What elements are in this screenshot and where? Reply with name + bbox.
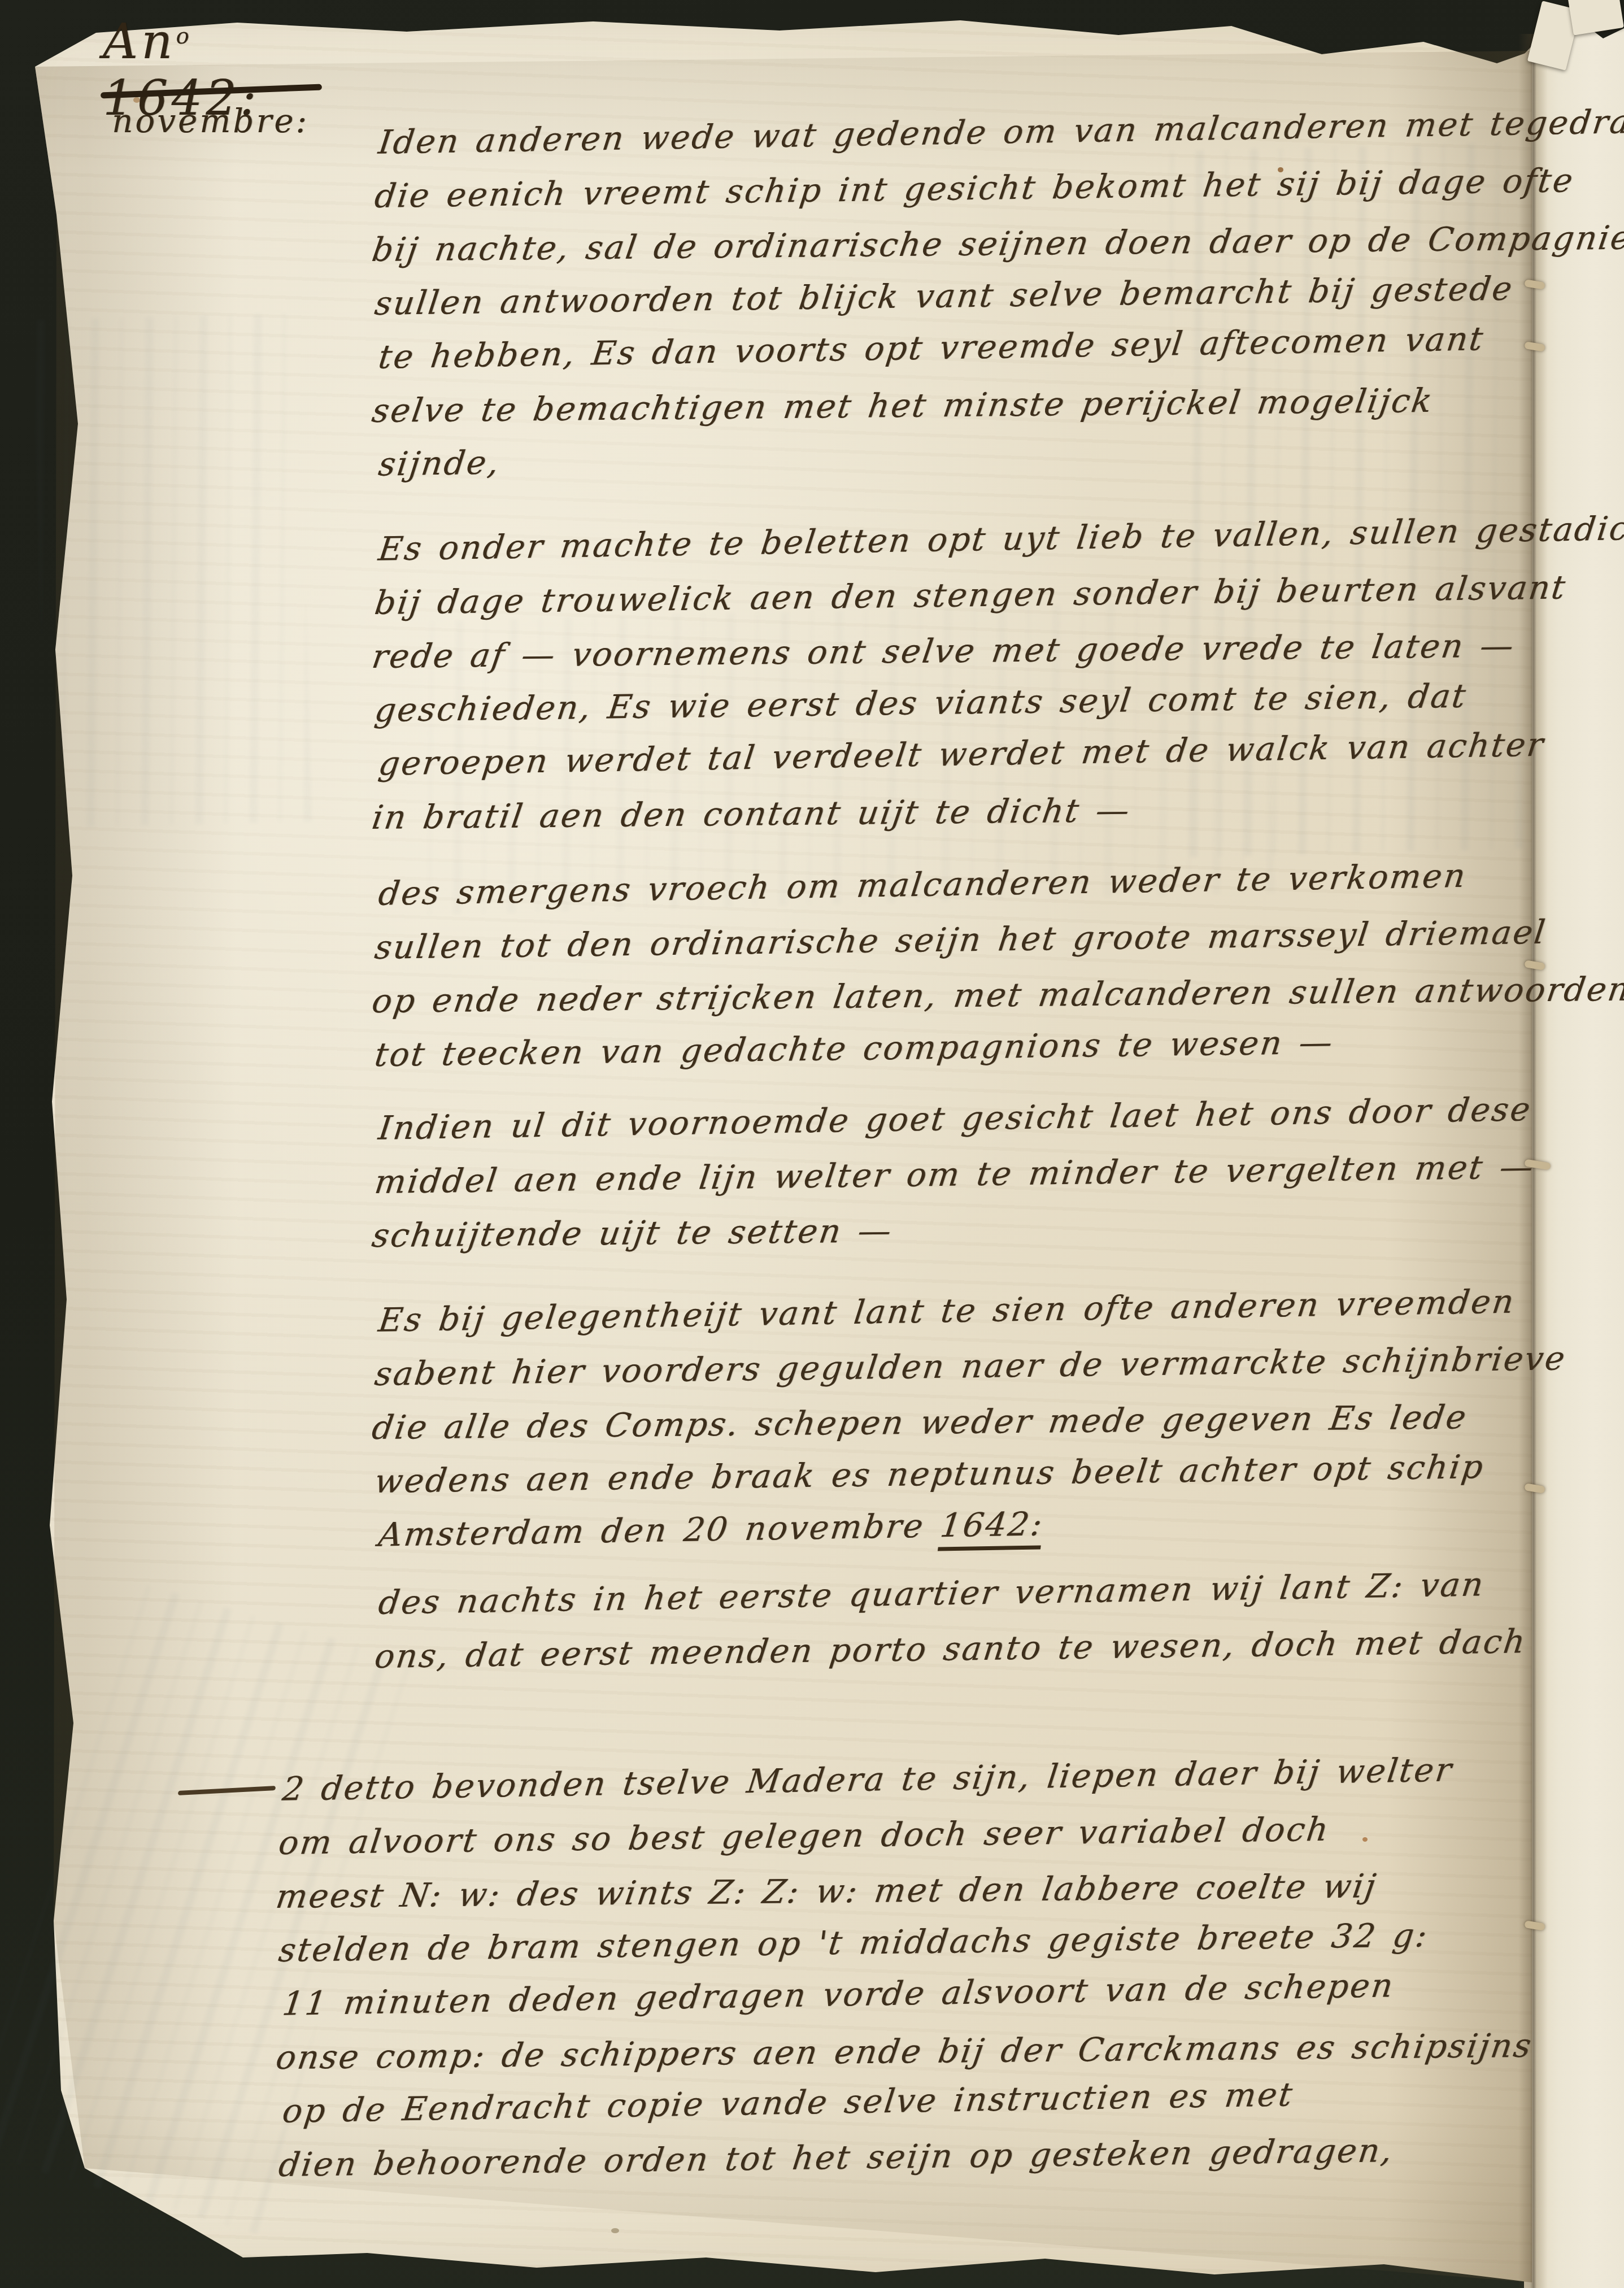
torn-paper-tab [1568,0,1624,36]
paragraph: Indien ul dit voornoemde goet gesicht la… [373,1102,1542,1263]
month-heading: novembre: [112,102,309,140]
paragraph: Es bij gelegentheijt vant lant te sien o… [373,1294,1542,1508]
text-line: schuijtende uijt te setten — [368,1198,1545,1263]
anno-superscript-o: o [176,24,193,49]
text-line: in bratil aen den contant uijt te dicht … [368,780,1545,845]
paragraph: Es onder machte te beletten opt uyt lieb… [373,523,1542,845]
paragraph: Iden anderen wede wat gedende om van mal… [373,116,1542,491]
manuscript-scan: Ano 1642: novembre: Iden anderen wede wa… [0,0,1624,2288]
paragraph: des smergens vroech om malcanderen weder… [373,867,1542,1082]
dateline-place-date: Amsterdam den 20 novembre [376,1506,943,1554]
dateline-paragraph: Amsterdam den 20 novembre 1642: [373,1508,1542,1562]
fox-spot [611,2228,619,2233]
anno-prefix: An [103,14,176,70]
manuscript-text-block: Iden anderen wede wat gedende om van mal… [373,116,1542,2192]
paragraph: 2 detto bevonden tselve Madera te sijn, … [277,1763,1542,2192]
text-line-content: 2 detto bevonden tselve Madera te sijn, … [280,1750,1455,1808]
dateline-year-underlined: 1642: [937,1504,1046,1551]
paragraph: des nachts in het eerste quartier vernam… [373,1576,1542,1684]
